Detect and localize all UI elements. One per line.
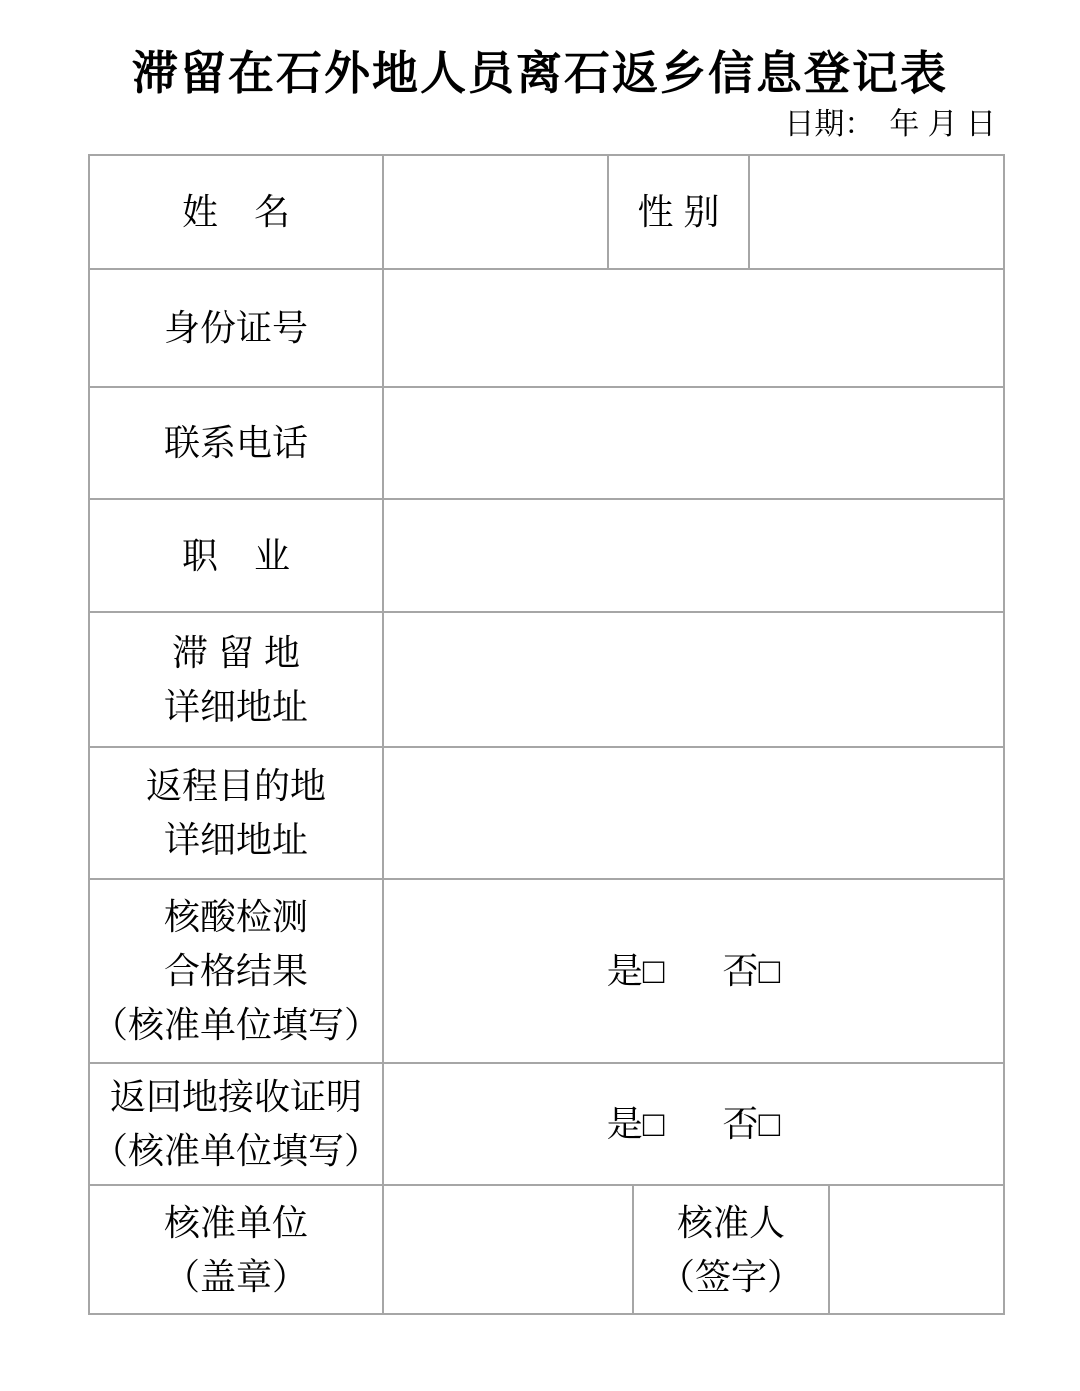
- approver-signature-cell: [829, 1185, 1004, 1314]
- no-label: 否: [723, 1103, 759, 1144]
- id-number-value-cell: [383, 269, 1004, 387]
- label-line: （签字）: [634, 1250, 828, 1304]
- row-nucleic-acid-result: 核酸检测 合格结果 （核准单位填写） 是□ 否□: [89, 879, 1004, 1063]
- label-line: 核酸检测: [90, 890, 382, 944]
- return-reception-cert-label: 返回地接收证明 （核准单位填写）: [89, 1063, 383, 1185]
- checkbox-icon: □: [643, 1097, 665, 1151]
- label-line: 核准单位: [90, 1196, 382, 1250]
- return-reception-yes-no-cell: 是□ 否□: [383, 1063, 1004, 1185]
- label-line: （核准单位填写）: [90, 1124, 382, 1178]
- return-reception-no-option: 否□: [723, 1097, 781, 1151]
- nucleic-acid-yes-option: 是□: [607, 944, 665, 998]
- row-phone: 联系电话: [89, 387, 1004, 499]
- checkbox-icon: □: [759, 944, 781, 998]
- checkbox-icon: □: [759, 1097, 781, 1151]
- name-value-cell: [383, 155, 608, 269]
- occupation-value-cell: [383, 499, 1004, 612]
- page-title: 滞留在石外地人员离石返乡信息登记表: [0, 0, 1080, 101]
- row-return-reception-cert: 返回地接收证明 （核准单位填写） 是□ 否□: [89, 1063, 1004, 1185]
- name-label: 姓 名: [89, 155, 383, 269]
- id-number-label: 身份证号: [89, 269, 383, 387]
- label-line: 滞 留 地: [90, 626, 382, 680]
- yes-label: 是: [607, 950, 643, 991]
- approver-label: 核准人 （签字）: [633, 1185, 829, 1314]
- label-line: （盖章）: [90, 1250, 382, 1304]
- gender-label: 性 别: [608, 155, 749, 269]
- nucleic-acid-result-label: 核酸检测 合格结果 （核准单位填写）: [89, 879, 383, 1063]
- row-occupation: 职 业: [89, 499, 1004, 612]
- row-approval: 核准单位 （盖章） 核准人 （签字）: [89, 1185, 1004, 1314]
- checkbox-icon: □: [643, 944, 665, 998]
- registration-table: 姓 名 性 别 身份证号 联系电话 职 业 滞 留 地 详细地址 返: [88, 154, 1005, 1315]
- nucleic-acid-yes-no-cell: 是□ 否□: [383, 879, 1004, 1063]
- date-line: 日期： 年 月 日: [0, 105, 1080, 144]
- no-label: 否: [723, 950, 759, 991]
- gender-value-cell: [749, 155, 1004, 269]
- approval-unit-label: 核准单位 （盖章）: [89, 1185, 383, 1314]
- label-line: 合格结果: [90, 944, 382, 998]
- destination-address-label: 返程目的地 详细地址: [89, 747, 383, 879]
- phone-value-cell: [383, 387, 1004, 499]
- label-line: 详细地址: [90, 813, 382, 867]
- occupation-label: 职 业: [89, 499, 383, 612]
- row-name-gender: 姓 名 性 别: [89, 155, 1004, 269]
- label-line: 详细地址: [90, 680, 382, 734]
- yes-label: 是: [607, 1103, 643, 1144]
- label-line: 核准人: [634, 1196, 828, 1250]
- phone-label: 联系电话: [89, 387, 383, 499]
- approval-unit-stamp-cell: [383, 1185, 633, 1314]
- registration-form-page: 滞留在石外地人员离石返乡信息登记表 日期： 年 月 日 姓 名 性 别 身份证号…: [0, 0, 1080, 1391]
- row-id-number: 身份证号: [89, 269, 1004, 387]
- label-line: （核准单位填写）: [90, 998, 382, 1052]
- return-reception-yes-option: 是□: [607, 1097, 665, 1151]
- stay-address-value-cell: [383, 612, 1004, 747]
- destination-address-value-cell: [383, 747, 1004, 879]
- stay-address-label: 滞 留 地 详细地址: [89, 612, 383, 747]
- label-line: 返程目的地: [90, 759, 382, 813]
- row-destination-address: 返程目的地 详细地址: [89, 747, 1004, 879]
- label-line: 返回地接收证明: [90, 1070, 382, 1124]
- nucleic-acid-no-option: 否□: [723, 944, 781, 998]
- row-stay-address: 滞 留 地 详细地址: [89, 612, 1004, 747]
